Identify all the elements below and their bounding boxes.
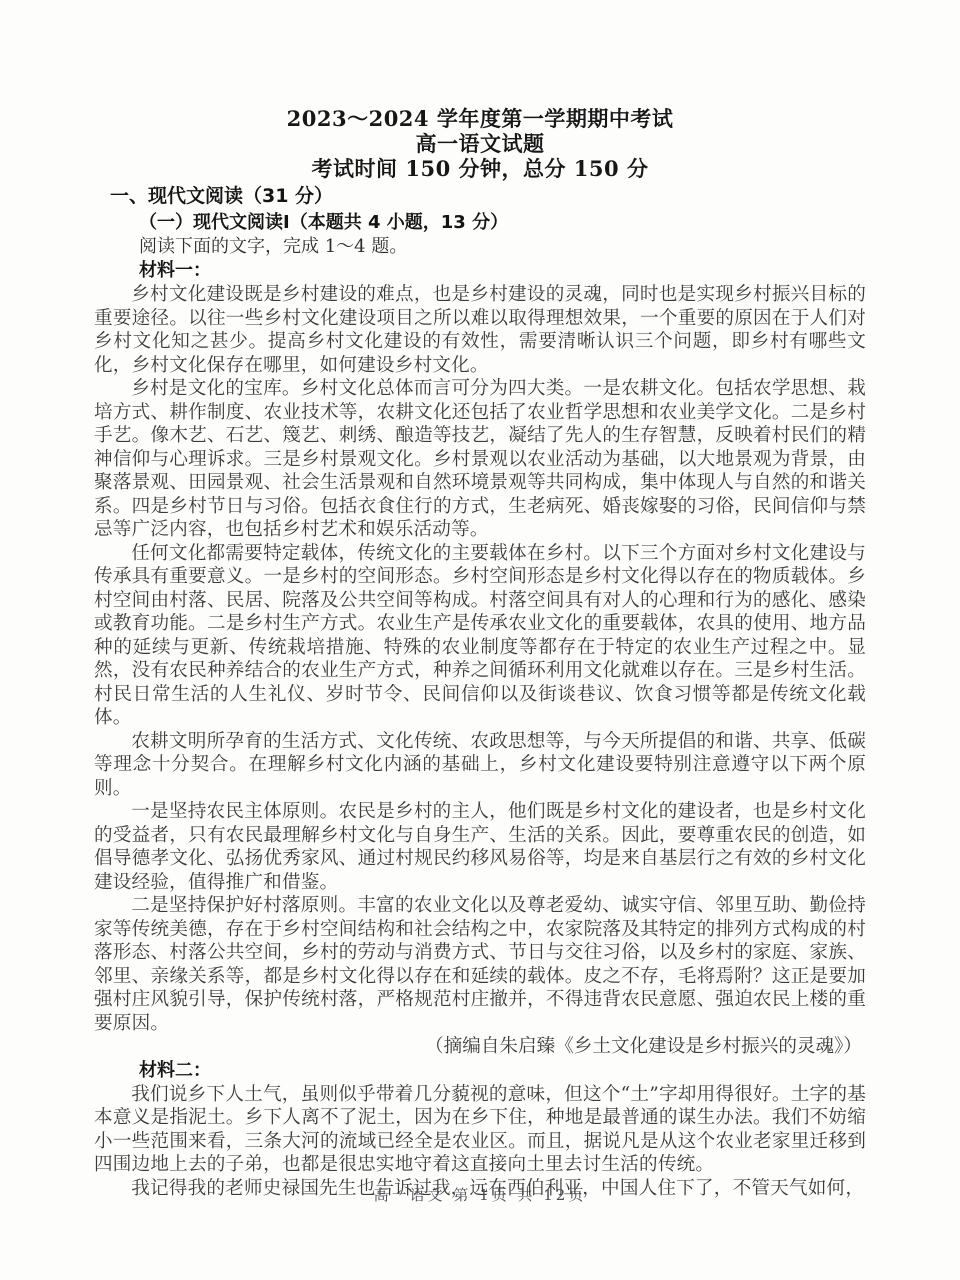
material-1-paragraph: 任何文化都需要特定载体，传统文化的主要载体在乡村。以下三个方面对乡村文化建设与传… bbox=[94, 542, 866, 730]
page-footer: 高一语文 第 1页 共 12页 bbox=[0, 1184, 960, 1205]
exam-title-subject: 高一语文试题 bbox=[94, 131, 866, 156]
material-1-paragraph: 一是坚持农民主体原则。农民是乡村的主人，他们既是乡村文化的建设者，也是乡村文化的… bbox=[94, 800, 866, 894]
material-1-paragraph: 乡村是文化的宝库。乡村文化总体而言可分为四大类。一是农耕文化。包括农学思想、栽培… bbox=[94, 377, 866, 542]
material-1-attribution: （摘编自朱启臻《乡土文化建设是乡村振兴的灵魂》） bbox=[94, 1035, 866, 1059]
subsection-heading-reading-1: （一）现代文阅读I（本题共 4 小题，13 分） bbox=[94, 210, 866, 235]
exam-title-duration: 考试时间 150 分钟，总分 150 分 bbox=[94, 156, 866, 181]
section-heading-modern-reading: 一、现代文阅读（31 分） bbox=[94, 183, 866, 210]
material-1-body: 乡村文化建设既是乡村建设的难点，也是乡村建设的灵魂，同时也是实现乡村振兴目标的重… bbox=[94, 283, 866, 1035]
material-1-paragraph: 农耕文明所孕育的生活方式、文化传统、农政思想等，与今天所提倡的和谐、共享、低碳等… bbox=[94, 730, 866, 801]
reading-instruction: 阅读下面的文字，完成 1～4 题。 bbox=[94, 235, 866, 259]
material-2-paragraph: 我们说乡下人土气，虽则似乎带着几分藐视的意味，但这个“土”字却用得很好。土字的基… bbox=[94, 1083, 866, 1177]
material-2-label: 材料二： bbox=[94, 1059, 866, 1083]
exam-paper-page: 2023～2024 学年度第一学期期中考试 高一语文试题 考试时间 150 分钟… bbox=[0, 0, 960, 1280]
material-2-body: 我们说乡下人土气，虽则似乎带着几分藐视的意味，但这个“土”字却用得很好。土字的基… bbox=[94, 1083, 866, 1201]
exam-title-term: 2023～2024 学年度第一学期期中考试 bbox=[94, 106, 866, 131]
material-1-paragraph: 二是坚持保护好村落原则。丰富的农业文化以及尊老爱幼、诚实守信、邻里互助、勤俭持家… bbox=[94, 894, 866, 1035]
material-1-label: 材料一： bbox=[94, 259, 866, 283]
material-1-paragraph: 乡村文化建设既是乡村建设的难点，也是乡村建设的灵魂，同时也是实现乡村振兴目标的重… bbox=[94, 283, 866, 377]
exam-header: 2023～2024 学年度第一学期期中考试 高一语文试题 考试时间 150 分钟… bbox=[94, 106, 866, 181]
